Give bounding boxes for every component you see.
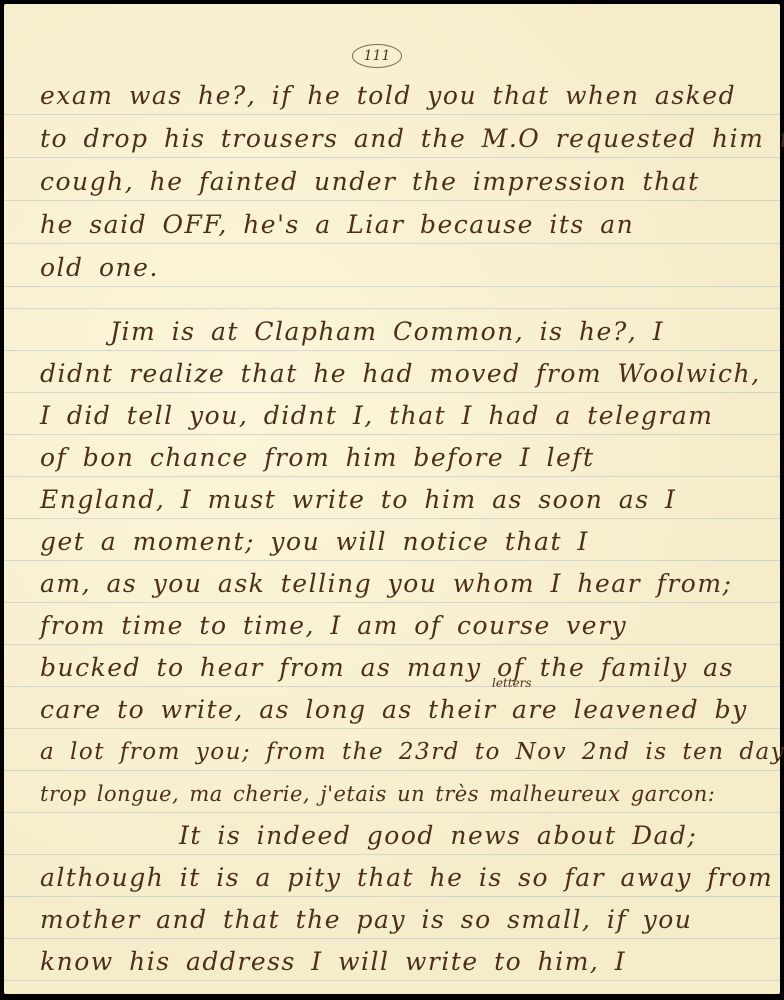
- ruled-line: [4, 308, 780, 309]
- text-line-15: care to write, as long as their are leav…: [40, 690, 740, 730]
- text-line-16: a lot from you; from the 23rd to Nov 2nd…: [40, 732, 740, 772]
- page-number: 111: [352, 44, 402, 68]
- text-line-18: It is indeed good news about Dad;: [179, 816, 740, 856]
- text-line-11: get a moment; you will notice that I: [40, 522, 740, 562]
- text-line-1: exam was he?, if he told you that when a…: [40, 76, 740, 116]
- text-line-4: he said OFF, he's a Liar because its an: [40, 205, 740, 245]
- letter-page: 111 exam was he?, if he told you that wh…: [4, 4, 780, 994]
- text-line-17: trop longue, ma cherie, j'etais un très …: [40, 774, 740, 814]
- text-line-7: didnt realize that he had moved from Woo…: [40, 354, 740, 394]
- text-line-6: Jim is at Clapham Common, is he?, I: [110, 312, 740, 352]
- inserted-word: letters: [492, 676, 532, 690]
- text-line-2: to drop his trousers and the M.O request…: [40, 119, 740, 159]
- text-line-5: old one.: [40, 248, 740, 288]
- text-line-13: from time to time, I am of course very: [40, 606, 740, 646]
- text-line-19: although it is a pity that he is so far …: [40, 858, 740, 898]
- text-line-3: cough, he fainted under the impression t…: [40, 162, 740, 202]
- text-line-8: I did tell you, didnt I, that I had a te…: [40, 396, 740, 436]
- text-line-14: bucked to hear from as many of the famil…: [40, 648, 740, 688]
- text-line-10: England, I must write to him as soon as …: [40, 480, 740, 520]
- text-line-20: mother and that the pay is so small, if …: [40, 900, 740, 940]
- text-line-12: am, as you ask telling you whom I hear f…: [40, 564, 740, 604]
- text-line-9: of bon chance from him before I left: [40, 438, 740, 478]
- text-line-21: know his address I will write to him, I: [40, 942, 740, 982]
